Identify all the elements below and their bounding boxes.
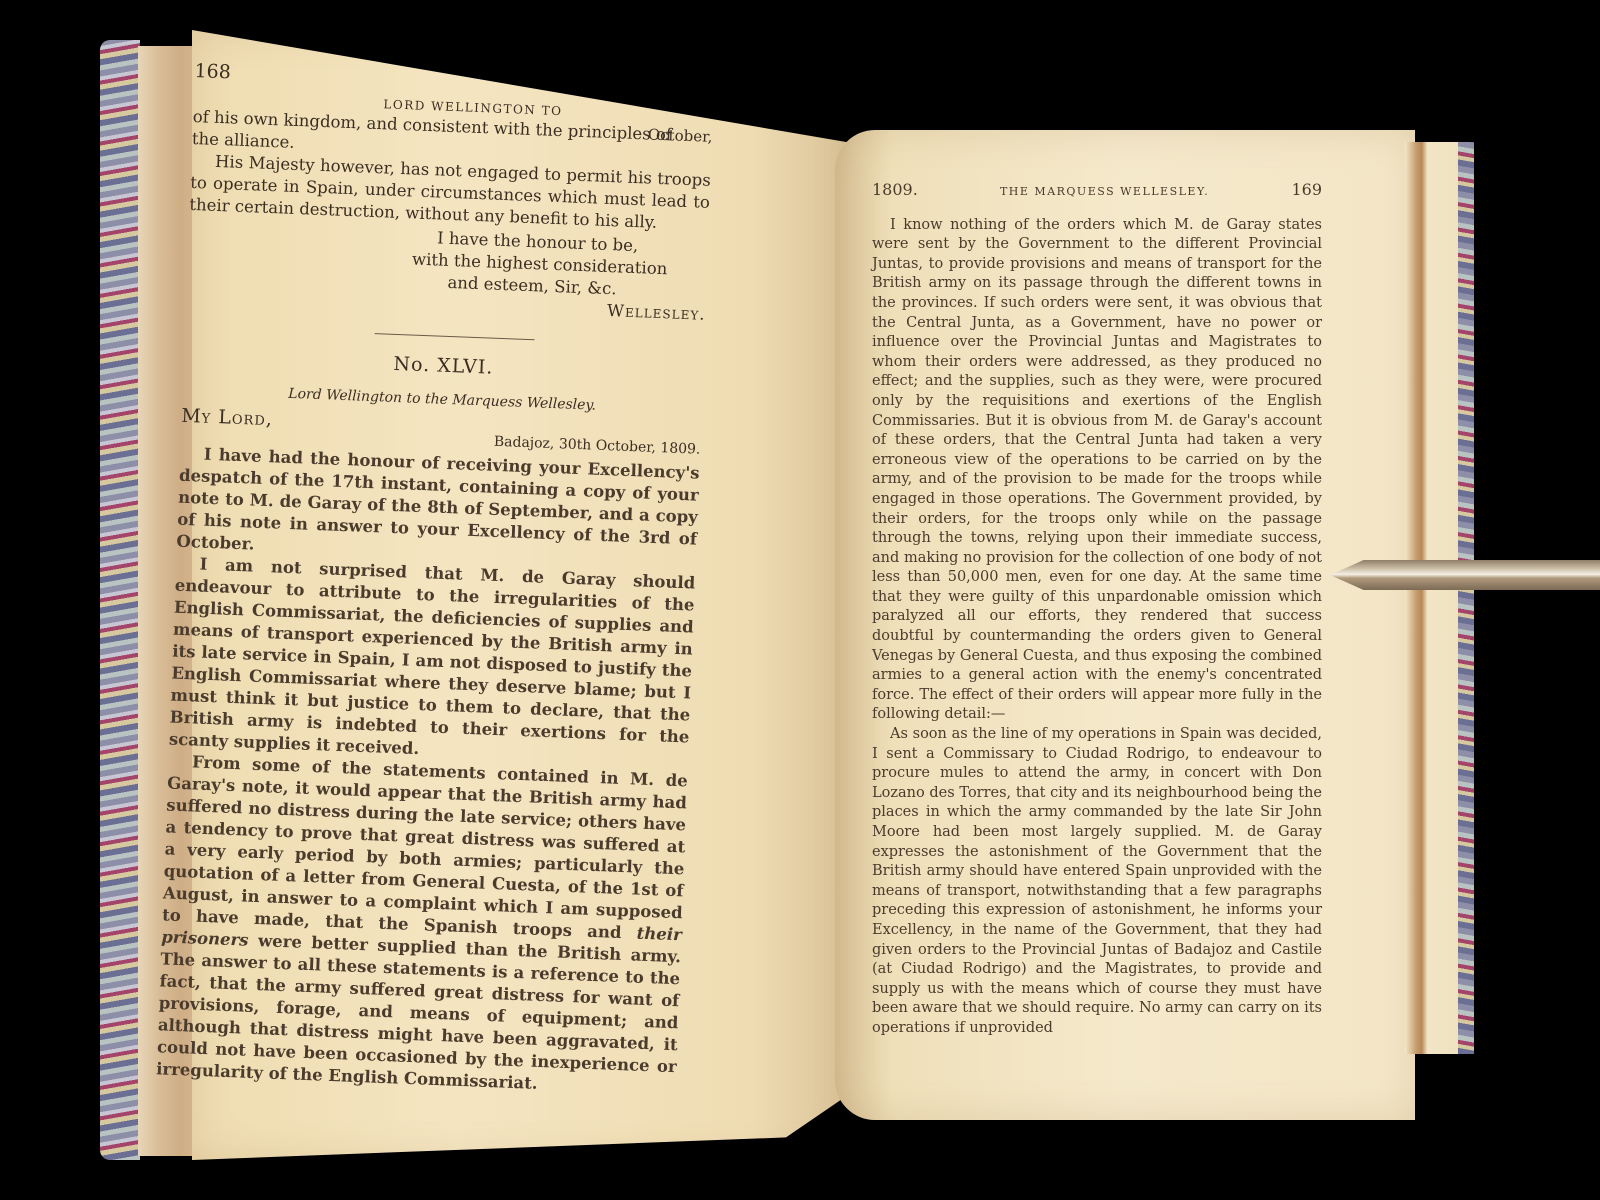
letter-closing: I have the honour to be, with the highes… xyxy=(186,218,709,326)
right-page-text: 1809. THE MARQUESS WELLESLEY. 169 I know… xyxy=(872,180,1322,1039)
right-page-header: 1809. THE MARQUESS WELLESLEY. 169 xyxy=(872,180,1322,202)
letter-body: I have had the honour of receiving your … xyxy=(156,443,700,1100)
page-number-left: 168 xyxy=(194,60,231,83)
page-number-right: 169 xyxy=(1291,180,1322,200)
letter-opener xyxy=(1330,548,1600,604)
paragraph: I have had the honour of receiving your … xyxy=(176,443,700,573)
marbled-edge-left xyxy=(100,40,140,1160)
text-run: were better supplied than the British ar… xyxy=(156,931,681,1093)
margin-year: 1809. xyxy=(872,180,918,200)
text-run: From some of the statements contained in… xyxy=(162,752,688,942)
paragraph: From some of the statements contained in… xyxy=(156,750,688,1100)
photo-scene: 168 LORD WELLINGTON TO October, of his o… xyxy=(0,0,1600,1200)
running-head-right: THE MARQUESS WELLESLEY. xyxy=(1000,182,1209,202)
paragraph: I know nothing of the orders which M. de… xyxy=(872,216,1322,725)
letter-opener-blade xyxy=(1330,560,1600,590)
left-body: of his own kingdom, and consistent with … xyxy=(156,106,713,1100)
paragraph: I am not surprised that M. de Garay shou… xyxy=(168,553,695,771)
document-number: No. XLVI. xyxy=(183,345,703,387)
section-divider xyxy=(375,333,535,340)
paragraph: As soon as the line of my operations in … xyxy=(872,725,1322,1039)
